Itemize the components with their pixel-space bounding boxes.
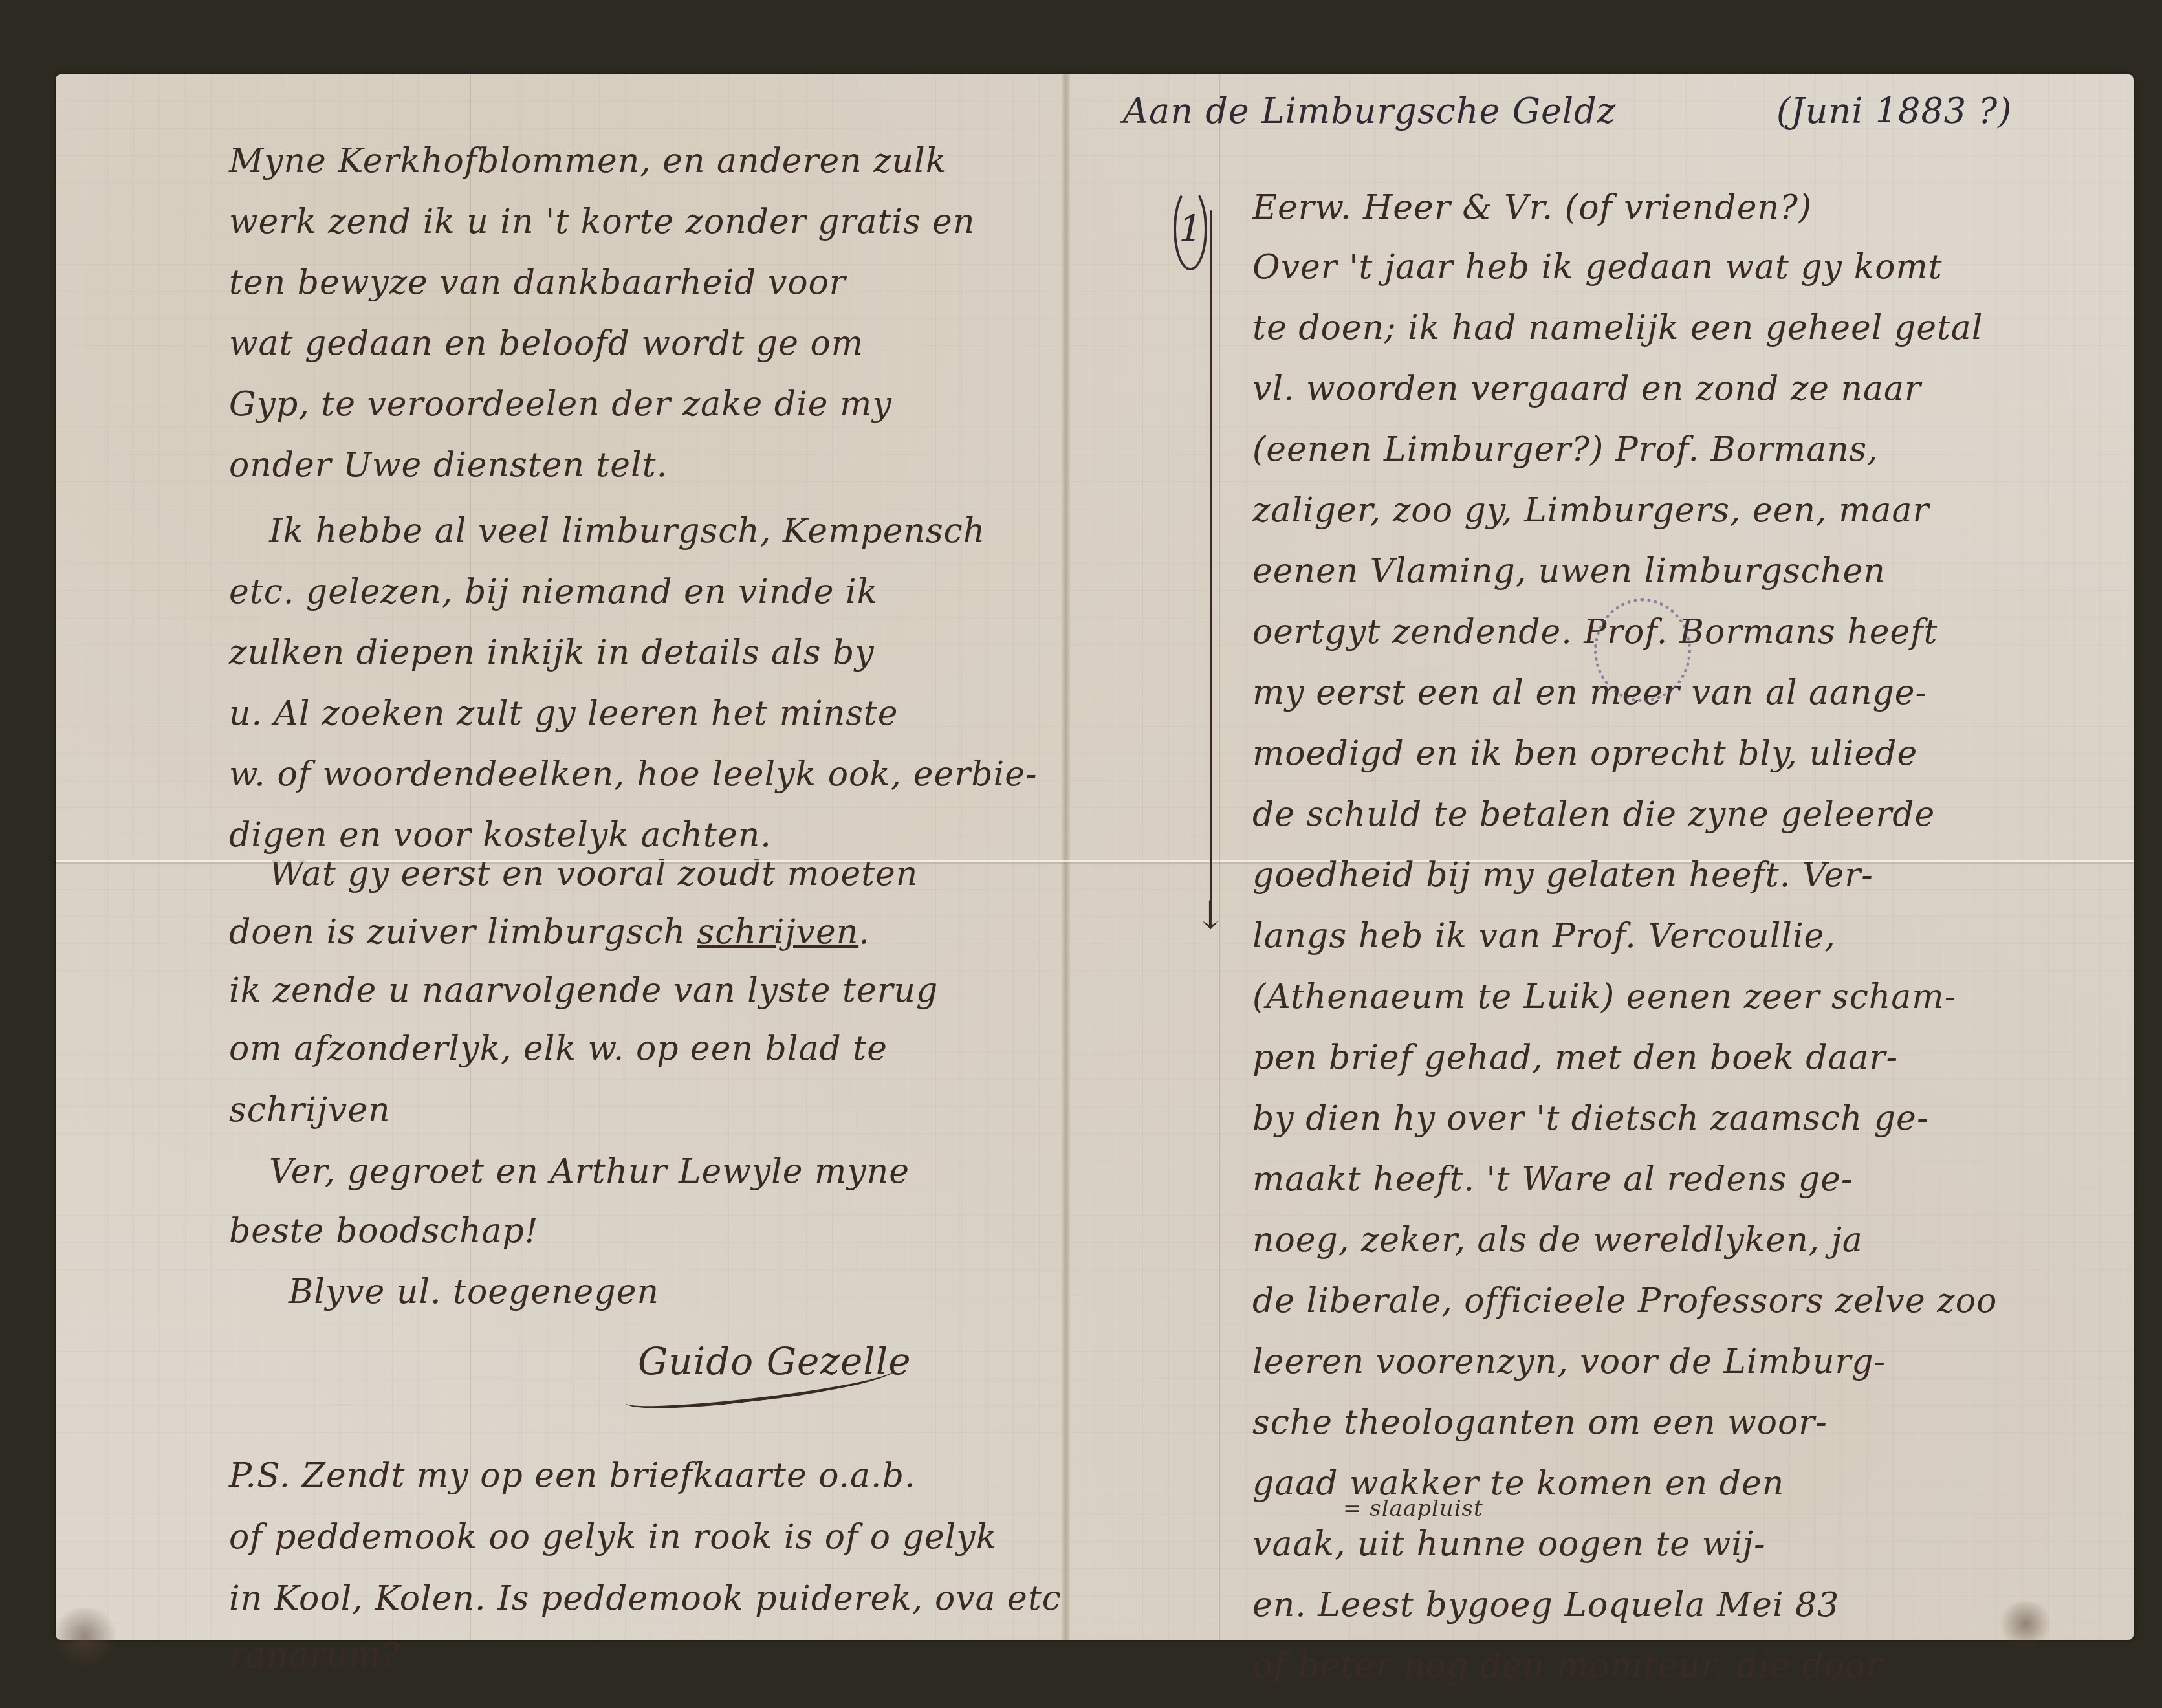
letter-line: onder Uwe diensten telt. bbox=[229, 448, 668, 482]
archive-stamp bbox=[1594, 598, 1691, 702]
letter-line: Ver, gegroet en Arthur Lewyle myne bbox=[269, 1155, 910, 1188]
underlined-word: schrijven bbox=[697, 913, 859, 952]
letter-text: doen is zuiver limburgsch schrijven. bbox=[229, 913, 870, 952]
letter-line: moedigd en ik ben oprecht bly, uliede bbox=[1252, 737, 1917, 771]
letter-line: vaak, uit hunne oogen te wij- bbox=[1252, 1527, 1766, 1561]
letter-line: doen is zuiver limburgsch schrijven. bbox=[229, 915, 870, 949]
ink-stain bbox=[1996, 1601, 2055, 1647]
letter-line: (Athenaeum te Luik) eenen zeer scham- bbox=[1252, 980, 1956, 1014]
date-header: (Juni 1883 ?) bbox=[1776, 94, 2012, 129]
interlinear-insertion: = slaapluist bbox=[1343, 1498, 1483, 1520]
letter-line: de liberale, officieele Professors zelve… bbox=[1252, 1284, 1997, 1318]
letter-line: eenen Vlaming, uwen limburgschen bbox=[1252, 554, 1886, 588]
letter-line: Gyp, te veroordeelen der zake die my bbox=[229, 388, 892, 421]
letter-line: en. Leest bygoeg Loquela Mei 83 bbox=[1252, 1588, 1839, 1622]
letter-line: beste boodschap! bbox=[229, 1214, 539, 1248]
letter-line: digen en voor kostelyk achten. bbox=[229, 818, 772, 852]
letter-line: ten bewyze van dankbaarheid voor bbox=[229, 266, 846, 300]
letter-line: leeren voorenzyn, voor de Limburg- bbox=[1252, 1345, 1886, 1379]
letter-line: zaliger, zoo gy, Limburgers, een, maar bbox=[1252, 494, 1929, 527]
letter-line: pen brief gehad, met den boek daar- bbox=[1252, 1041, 1898, 1075]
letter-line: sche theologanten om een woor- bbox=[1252, 1406, 1828, 1440]
page-gutter bbox=[1062, 74, 1070, 1640]
letter-line: wat gedaan en beloofd wordt ge om bbox=[229, 327, 864, 360]
letter-line: (eenen Limburger?) Prof. Bormans, bbox=[1252, 433, 1879, 466]
letter-line: Over 't jaar heb ik gedaan wat gy komt bbox=[1252, 250, 1943, 284]
letter-line: of beter nog den moniteur, die door bbox=[1252, 1649, 1883, 1683]
letter-sheet: Myne Kerkhofblommen, en anderen zulk wer… bbox=[56, 74, 2134, 1640]
letter-line: etc. gelezen, bij niemand en vinde ik bbox=[229, 575, 878, 609]
page-number: 1 bbox=[1174, 188, 1207, 270]
closing-line: Blyve ul. toegenegen bbox=[289, 1275, 659, 1309]
fold-line bbox=[1219, 74, 1220, 1640]
postscript-line: P.S. Zendt my op een briefkaarte o.a.b. bbox=[229, 1459, 915, 1493]
letter-line: te doen; ik had namelijk een geheel geta… bbox=[1252, 311, 1983, 345]
letter-line: maakt heeft. 't Ware al redens ge- bbox=[1252, 1163, 1853, 1196]
letter-line: zulken diepen inkijk in details als by bbox=[229, 636, 875, 670]
letter-line: by dien hy over 't dietsch zaamsch ge- bbox=[1252, 1102, 1928, 1135]
address-header: Aan de Limburgsche Geldz bbox=[1123, 94, 1616, 129]
letter-line: Myne Kerkhofblommen, en anderen zulk bbox=[229, 144, 946, 178]
letter-line: goedheid bij my gelaten heeft. Ver- bbox=[1252, 859, 1873, 892]
letter-line: vl. woorden vergaard en zond ze naar bbox=[1252, 372, 1921, 406]
postscript-line: ranarum? bbox=[229, 1639, 400, 1672]
letter-line: langs heb ik van Prof. Vercoullie, bbox=[1252, 919, 1836, 953]
letter-line: schrijven bbox=[229, 1093, 391, 1127]
letter-line: w. of woordendeelken, hoe leelyk ook, ee… bbox=[229, 758, 1037, 791]
left-page: Myne Kerkhofblommen, en anderen zulk wer… bbox=[56, 74, 1062, 1640]
ink-stain bbox=[49, 1608, 120, 1666]
margin-bracket-line bbox=[1210, 210, 1212, 915]
letter-line: gaad wakker te komen en den bbox=[1252, 1467, 1784, 1500]
postscript-line: of peddemook oo gelyk in rook is of o ge… bbox=[229, 1520, 997, 1554]
letter-line: Ik hebbe al veel limburgsch, Kempensch bbox=[269, 514, 985, 548]
letter-line: my eerst een al en meer van al aange- bbox=[1252, 676, 1927, 710]
letter-line: de schuld te betalen die zyne geleerde bbox=[1252, 798, 1935, 831]
letter-line: ik zende u naarvolgende van lyste terug bbox=[229, 974, 938, 1007]
letter-line: u. Al zoeken zult gy leeren het minste bbox=[229, 697, 898, 730]
arrow-down-icon: ↓ bbox=[1194, 896, 1227, 935]
letter-line: werk zend ik u in 't korte zonder gratis… bbox=[229, 205, 975, 239]
letter-line: noeg, zeker, als de wereldlyken, ja bbox=[1252, 1223, 1863, 1257]
letter-line: om afzonderlyk, elk w. op een blad te bbox=[229, 1032, 888, 1066]
postscript-line: in Kool, Kolen. Is peddemook puiderek, o… bbox=[229, 1582, 1073, 1615]
salutation: Eerw. Heer & Vr. (of vrienden?) bbox=[1252, 191, 1812, 224]
